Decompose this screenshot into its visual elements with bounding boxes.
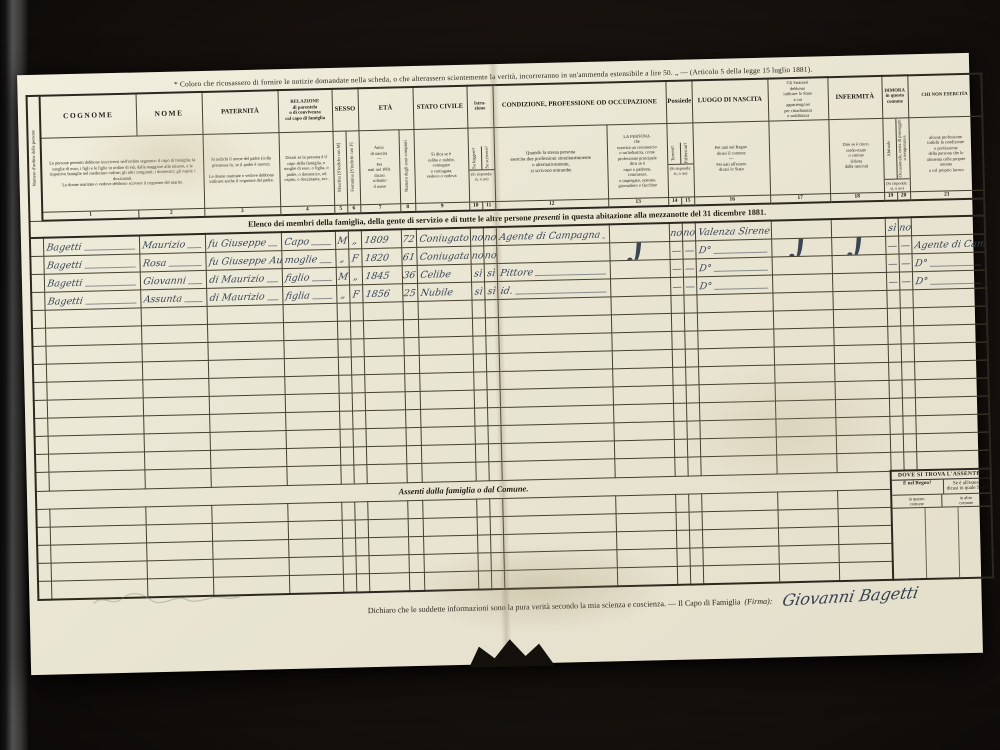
cell <box>703 563 779 583</box>
cell: — <box>669 241 682 259</box>
cell <box>283 339 337 358</box>
cell <box>611 331 671 350</box>
cell: D° <box>912 270 986 290</box>
cell <box>284 375 338 394</box>
cell <box>418 336 472 355</box>
cell <box>689 547 702 565</box>
cell <box>38 563 51 581</box>
cell: — <box>886 272 899 290</box>
cell <box>702 527 778 547</box>
cell <box>776 454 836 474</box>
cell <box>901 362 914 380</box>
cell <box>903 434 916 452</box>
cell <box>143 414 209 434</box>
cell <box>407 500 422 518</box>
cell <box>889 380 902 398</box>
cell <box>673 403 686 421</box>
cell <box>142 360 208 380</box>
cell <box>286 447 340 466</box>
cell <box>835 416 889 435</box>
cell: no <box>898 217 911 236</box>
cell <box>408 518 423 536</box>
cell: 1809 <box>361 229 401 248</box>
cell <box>487 426 500 444</box>
cell <box>697 329 773 349</box>
cell: ∫ <box>831 236 885 255</box>
cell <box>685 367 698 385</box>
cell <box>474 408 487 426</box>
terreni-label: Terreni? <box>671 146 676 161</box>
cell <box>689 511 702 529</box>
cell: Celibe <box>417 264 471 283</box>
cell: sì <box>484 282 497 300</box>
col-stato-title: STATO CIVILE <box>412 86 467 129</box>
cell <box>915 414 989 434</box>
cell <box>365 392 405 411</box>
cell: sì <box>471 264 484 282</box>
col-dimora-desc: Abituale Occasionale, ossia di passaggio… <box>882 117 910 192</box>
col-eta-title: ETÀ <box>357 87 413 130</box>
cell: 1856 <box>362 284 402 303</box>
cell <box>615 494 675 513</box>
cell <box>50 542 146 562</box>
cell <box>702 510 778 530</box>
column-number: 15 <box>681 196 694 205</box>
cell <box>488 444 501 462</box>
cell: no <box>470 227 483 246</box>
cell <box>144 450 210 470</box>
absent-regno-label: È nel Regno? <box>892 480 944 495</box>
column-number: 19 <box>884 192 897 201</box>
cell: „ <box>348 230 361 249</box>
cell <box>341 501 354 519</box>
cell: — <box>682 241 695 259</box>
cell <box>474 426 487 444</box>
cell: Rosa <box>139 252 205 272</box>
cell <box>772 292 832 311</box>
cell <box>406 445 421 463</box>
cell <box>35 454 48 472</box>
firma-label: (Firma): <box>744 596 772 606</box>
cell <box>408 536 423 554</box>
cell <box>285 393 339 412</box>
cell <box>405 409 420 427</box>
cell <box>423 553 477 572</box>
cell <box>901 344 914 362</box>
cell <box>673 421 686 439</box>
column-number: 20 <box>897 191 910 200</box>
cell <box>671 331 684 349</box>
cell: di Maurizio <box>206 287 282 307</box>
cell <box>778 526 838 545</box>
absent-box-cell: DOVE SI TROVA L'ASSENTE? È nel Regno? Se… <box>891 468 994 579</box>
cell <box>674 457 687 476</box>
cell <box>687 439 700 457</box>
cell <box>363 320 403 339</box>
cell: Maurizio <box>139 234 205 254</box>
col-chinon-title: CHI NON ESERCITA <box>907 74 982 118</box>
column-number: 5 <box>334 205 347 214</box>
cell <box>421 444 475 463</box>
cell <box>916 450 990 470</box>
cell <box>363 338 403 357</box>
cell <box>352 393 365 411</box>
cell: D° <box>696 257 772 277</box>
col-cognome-desc: Le persone presenti debbono inscriversi … <box>41 134 205 212</box>
column-number: 14 <box>668 197 681 206</box>
cell <box>421 462 475 482</box>
cell <box>424 571 478 591</box>
cell <box>914 342 988 362</box>
cell <box>686 385 699 403</box>
cell <box>32 328 45 346</box>
cell <box>903 452 916 471</box>
cell <box>913 306 987 326</box>
cell <box>477 516 490 534</box>
cell: Bagetti <box>43 235 139 256</box>
cell <box>700 437 776 457</box>
cell <box>32 346 45 364</box>
head-of-family-signature: Giovanni Bagetti <box>781 582 920 609</box>
cell <box>366 446 406 465</box>
cell <box>30 238 43 257</box>
cell <box>363 302 403 321</box>
cell <box>213 557 289 577</box>
cell <box>832 290 886 309</box>
cell: no <box>669 223 682 242</box>
cell <box>688 493 701 511</box>
cell <box>408 554 423 572</box>
cell <box>839 561 893 581</box>
cell: 72 <box>401 229 416 248</box>
cell: di Maurizio <box>206 269 282 289</box>
cell: sì <box>484 264 497 282</box>
cell <box>835 380 889 399</box>
cell <box>902 398 915 416</box>
cell <box>339 393 352 411</box>
col-stato-desc: Si dica se è celibe o nubile, coniugato … <box>413 128 469 203</box>
col-eta-anno: Anno di nascita — Pei nati nel 1881 dica… <box>358 129 400 204</box>
cell: — <box>886 254 899 272</box>
cell <box>475 444 488 462</box>
cell: 1820 <box>361 248 401 267</box>
cell <box>145 505 211 525</box>
cell: — <box>670 277 683 295</box>
cell <box>899 290 912 308</box>
col-paternita-desc: Si indichi il nome del padre (colla prem… <box>202 132 280 208</box>
cell <box>355 519 368 537</box>
cell <box>772 256 832 275</box>
cell <box>485 336 498 354</box>
cell <box>477 534 490 552</box>
cell <box>676 512 689 530</box>
cell <box>912 288 986 308</box>
cell: 1845 <box>362 266 402 285</box>
cell <box>364 356 404 375</box>
cell <box>613 421 673 440</box>
cell <box>489 498 502 516</box>
cell <box>697 311 773 331</box>
cell <box>339 429 352 447</box>
cell <box>285 411 339 430</box>
cell <box>403 337 418 355</box>
cell <box>699 383 775 403</box>
cell <box>403 301 418 319</box>
cell <box>911 216 985 236</box>
col-stranieri-desc <box>768 119 830 194</box>
cell <box>775 418 835 437</box>
cell <box>478 570 491 589</box>
col-relazione-desc: Dicasi se la persona è il capo della fam… <box>278 131 334 206</box>
cell <box>617 566 677 586</box>
cell <box>832 272 886 291</box>
cell <box>141 342 207 362</box>
cell <box>419 372 473 391</box>
cell <box>207 323 283 343</box>
cell <box>771 219 831 239</box>
cell <box>32 310 45 328</box>
cell <box>208 359 284 379</box>
cell: F <box>348 249 361 267</box>
cell <box>31 292 44 310</box>
cell <box>34 418 47 436</box>
cell <box>340 465 353 484</box>
cell <box>48 452 144 472</box>
cell: F <box>349 285 362 303</box>
sa-scrivere-label: Sa scrivere? <box>485 147 490 169</box>
cell <box>337 339 350 357</box>
cell <box>404 373 419 391</box>
cell <box>776 436 836 455</box>
cell <box>610 295 670 314</box>
cell <box>368 536 408 555</box>
cell: Giovanni <box>140 270 206 290</box>
cell <box>365 428 405 447</box>
cell <box>504 567 617 588</box>
cell <box>144 468 210 488</box>
col-nome-title: NOME <box>136 92 203 136</box>
cell <box>45 326 141 346</box>
cell <box>887 308 900 326</box>
cell <box>49 506 145 526</box>
cell <box>287 502 341 521</box>
cell <box>286 429 340 448</box>
cell <box>778 508 838 527</box>
cell <box>37 527 50 545</box>
cell <box>342 537 355 555</box>
absent-altro-comune: in altro comune <box>941 493 991 506</box>
cell <box>409 572 424 591</box>
cell <box>47 398 143 418</box>
cell <box>283 321 337 340</box>
cell <box>284 357 338 376</box>
cell <box>354 501 367 519</box>
cell <box>888 362 901 380</box>
cell <box>687 457 700 476</box>
cell <box>696 293 772 313</box>
cell <box>208 377 284 397</box>
cell <box>289 574 343 594</box>
cell <box>916 432 990 452</box>
cell <box>915 396 989 416</box>
cell <box>209 395 285 415</box>
cell <box>33 382 46 400</box>
cell: no <box>682 222 695 241</box>
cell <box>672 367 685 385</box>
cell <box>51 560 147 580</box>
cell <box>368 554 408 573</box>
cell <box>777 490 837 509</box>
cell: D° <box>912 252 986 272</box>
cell <box>33 364 46 382</box>
cell <box>902 380 915 398</box>
cell <box>888 344 901 362</box>
cell <box>146 523 212 543</box>
cell: Coniugato <box>416 228 470 248</box>
cell <box>487 408 500 426</box>
fabbricati-label: Fabbricati? <box>684 143 689 164</box>
cell <box>836 434 890 453</box>
cell <box>670 295 683 313</box>
col-sesso-title: SESSO <box>331 88 358 131</box>
cell: no <box>483 227 496 246</box>
cell <box>490 516 503 534</box>
cell <box>486 372 499 390</box>
cell <box>143 396 209 416</box>
cell <box>423 535 477 554</box>
pencil-scribble <box>91 586 241 612</box>
cell <box>211 503 287 523</box>
cell <box>490 552 503 570</box>
cell: Coniugata <box>416 246 470 265</box>
cell <box>672 349 685 367</box>
cell <box>352 429 365 447</box>
cell: — <box>898 236 911 254</box>
cell <box>684 331 697 349</box>
cell <box>676 530 689 548</box>
cell <box>207 341 283 361</box>
col-condizione-title: CONDIZIONE, PROFESSIONE OD OCCUPAZIONE <box>492 81 666 127</box>
cell: — <box>885 236 898 254</box>
cell <box>48 470 144 491</box>
cell <box>369 572 409 591</box>
cell <box>405 427 420 445</box>
cell <box>702 545 778 565</box>
cell <box>209 413 285 433</box>
col-cognome-title: COGNOME <box>40 94 137 138</box>
cell <box>419 354 473 373</box>
cell <box>913 324 987 344</box>
cell <box>773 310 833 329</box>
cell <box>833 308 887 327</box>
cell <box>701 492 777 512</box>
cell <box>685 349 698 367</box>
cell <box>775 400 835 419</box>
cell <box>889 398 902 416</box>
census-body: BagettiMauriziofu GiuseppeCapoM„180972Co… <box>30 216 993 600</box>
cell <box>486 354 499 372</box>
cell <box>367 500 407 519</box>
cell <box>890 452 903 471</box>
cell <box>142 378 208 398</box>
cell <box>698 347 774 367</box>
cell <box>404 355 419 373</box>
cell: Bagetti <box>44 290 140 310</box>
cell <box>207 305 283 325</box>
cell <box>420 426 474 445</box>
cell <box>614 457 674 477</box>
cell <box>900 326 913 344</box>
cell <box>613 385 673 404</box>
cell: no <box>483 246 496 264</box>
cell <box>406 463 421 482</box>
cell <box>889 416 902 434</box>
column-number: 10 <box>469 201 482 210</box>
cell <box>673 385 686 403</box>
cell <box>355 555 368 573</box>
cell <box>473 354 486 372</box>
cell <box>342 519 355 537</box>
cell <box>46 380 142 400</box>
cell <box>350 339 363 357</box>
cell <box>144 432 210 452</box>
sa-leggere-label: Sa leggere? <box>472 147 477 168</box>
absent-box-empty-cells <box>893 506 993 578</box>
cell <box>283 303 337 322</box>
cell <box>210 449 286 469</box>
cell <box>474 390 487 408</box>
col-infermita-title: INFERMITÀ <box>827 76 882 119</box>
cell <box>838 507 892 526</box>
cell <box>610 259 670 278</box>
cell <box>288 520 342 539</box>
cell: M <box>336 267 349 285</box>
cell <box>420 390 474 409</box>
cell <box>616 530 676 549</box>
cell <box>212 539 288 559</box>
cell <box>609 223 669 243</box>
cell <box>831 218 885 238</box>
cell: „ <box>336 285 349 303</box>
cell <box>610 277 670 296</box>
cell: 61 <box>401 247 416 265</box>
cell: — <box>899 272 912 290</box>
cell <box>30 256 43 274</box>
cell <box>337 303 350 321</box>
cell <box>350 321 363 339</box>
abituale-label: Abituale <box>887 140 892 156</box>
cell: „ <box>349 267 362 285</box>
col-chinon-desc: alcuna professione indichi la condizione… <box>908 116 984 192</box>
cell: no <box>470 246 483 264</box>
cell <box>612 367 672 386</box>
cell: Valenza Sirene <box>695 221 771 241</box>
cell: 36 <box>402 265 417 283</box>
cell <box>403 319 418 337</box>
cell <box>146 541 212 561</box>
cell <box>900 308 913 326</box>
cell <box>833 326 887 345</box>
cell <box>837 489 891 508</box>
cell <box>778 544 838 563</box>
cell <box>675 494 688 512</box>
cell <box>616 548 676 567</box>
col-infermita-desc: Dire se è cieco, sordo-muto o cretino (i… <box>828 118 884 193</box>
col-stranieri-title: Gli Stranieri debbono indicare lo Stato … <box>767 77 828 120</box>
cell <box>356 573 369 592</box>
cell <box>477 552 490 570</box>
cell <box>353 465 366 484</box>
